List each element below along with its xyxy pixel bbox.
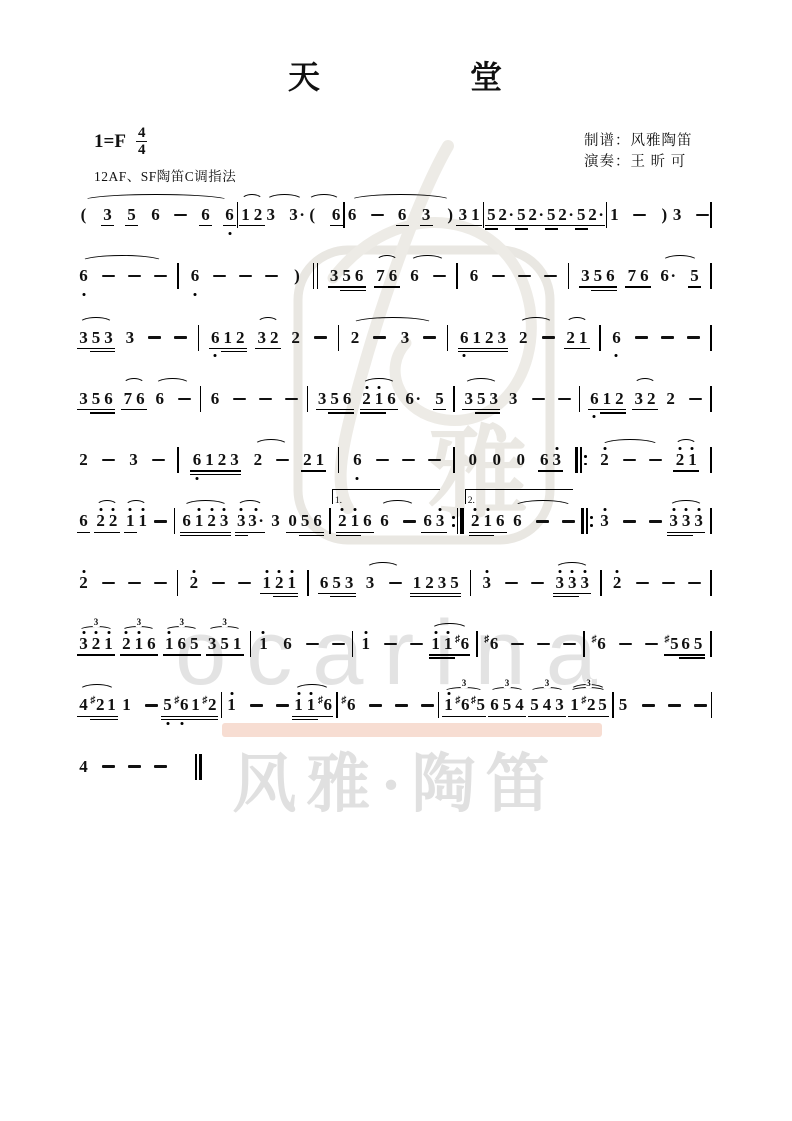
time-signature: 4 4 bbox=[136, 126, 148, 158]
underline bbox=[125, 225, 138, 226]
underline bbox=[77, 348, 90, 349]
note: 6 bbox=[422, 505, 433, 542]
note-group: 3 bbox=[124, 322, 187, 359]
note: 6 bbox=[200, 199, 211, 236]
underline bbox=[613, 409, 626, 410]
underline bbox=[488, 716, 501, 717]
note bbox=[265, 260, 278, 297]
underline bbox=[553, 596, 566, 597]
score-line: 221216533123533332 bbox=[78, 554, 712, 615]
underline bbox=[255, 348, 268, 349]
note-digit: 6 bbox=[490, 635, 499, 653]
underline bbox=[203, 470, 216, 471]
note: 2 bbox=[206, 505, 217, 542]
note: 1 bbox=[601, 383, 612, 420]
duration-dash bbox=[410, 643, 423, 645]
octave-dot-below bbox=[615, 354, 618, 357]
note bbox=[148, 322, 161, 359]
note: ♯6 bbox=[484, 628, 498, 665]
note-group: 1 bbox=[121, 689, 158, 726]
barline bbox=[583, 631, 585, 657]
underline bbox=[429, 657, 442, 658]
note bbox=[154, 260, 167, 297]
underline bbox=[202, 716, 218, 717]
note: 1 bbox=[569, 689, 580, 726]
note: 3 bbox=[599, 505, 610, 542]
note-group: 76 bbox=[122, 383, 146, 420]
note-digit: 3 bbox=[580, 574, 589, 592]
note bbox=[376, 444, 389, 481]
note-digit: 6 bbox=[155, 390, 164, 408]
note: 2 bbox=[216, 444, 227, 481]
note-digit: 6 bbox=[496, 512, 505, 530]
octave-dot-above bbox=[210, 508, 213, 511]
underline bbox=[442, 657, 455, 658]
note bbox=[649, 505, 662, 542]
underline bbox=[163, 654, 176, 655]
note-digit: 3 bbox=[600, 512, 609, 530]
octave-dot-above bbox=[141, 508, 144, 511]
underline bbox=[145, 654, 158, 655]
barline bbox=[438, 692, 440, 718]
note: 6 bbox=[181, 505, 192, 542]
note-digit: 3 bbox=[271, 512, 280, 530]
note-digit: 6 bbox=[182, 512, 191, 530]
note-digit: 0 bbox=[493, 451, 502, 469]
underline bbox=[591, 290, 604, 291]
note-digit: 5 bbox=[577, 206, 586, 224]
note-digit: 2 bbox=[208, 696, 217, 714]
underline bbox=[175, 654, 188, 655]
score-line: 4♯2115♯61♯2111♯6♯631♯6♯53654354331♯255 bbox=[78, 676, 712, 737]
note: 1 bbox=[194, 505, 205, 542]
duration-dash bbox=[694, 704, 707, 706]
underline bbox=[545, 228, 558, 229]
note bbox=[619, 628, 632, 665]
note-group: 121 bbox=[261, 567, 297, 604]
underline bbox=[102, 409, 115, 410]
octave-dot-above bbox=[691, 447, 694, 450]
octave-dot-above bbox=[555, 447, 558, 450]
note bbox=[649, 444, 662, 481]
underline bbox=[193, 532, 206, 533]
duration-dash bbox=[314, 336, 327, 338]
note: 3 bbox=[399, 322, 410, 359]
underline bbox=[102, 348, 115, 349]
note: 5 bbox=[162, 689, 173, 726]
duration-dash bbox=[636, 582, 649, 584]
note-digit: 5 bbox=[163, 696, 172, 714]
underline bbox=[462, 409, 475, 410]
note-digit: 6 bbox=[470, 267, 479, 285]
note: 1 bbox=[443, 628, 454, 665]
barline bbox=[456, 263, 458, 289]
note-digit: 1 bbox=[294, 696, 303, 714]
note: ( bbox=[307, 199, 318, 236]
underline bbox=[343, 596, 356, 597]
underline bbox=[132, 654, 145, 655]
note-group: 3543 bbox=[529, 689, 565, 726]
underline bbox=[495, 348, 508, 349]
note bbox=[511, 628, 524, 665]
underline bbox=[313, 470, 326, 471]
repeat-dots bbox=[584, 453, 587, 468]
note-group: (6 bbox=[307, 199, 342, 236]
barline bbox=[177, 263, 179, 289]
octave-dot-above bbox=[223, 508, 226, 511]
note-digit: 6 bbox=[363, 512, 372, 530]
duration-dash bbox=[661, 336, 674, 338]
underline bbox=[604, 286, 617, 287]
note: 6 bbox=[224, 199, 235, 236]
underline bbox=[679, 654, 692, 655]
note-group: 2.216 bbox=[470, 505, 506, 542]
sharp-sign: ♯ bbox=[91, 692, 96, 710]
note-digit: 5 bbox=[547, 206, 556, 224]
note bbox=[128, 260, 141, 297]
note-group: 612 bbox=[210, 322, 246, 359]
underline bbox=[475, 409, 488, 410]
note-digit: 3 bbox=[289, 206, 298, 224]
note-group: 63 bbox=[422, 505, 446, 542]
note: 1 bbox=[125, 505, 136, 542]
octave-dot-above bbox=[447, 631, 450, 634]
underline bbox=[234, 351, 247, 352]
duration-dash bbox=[402, 459, 415, 461]
note: 5 bbox=[689, 260, 700, 297]
duration-dash bbox=[544, 275, 557, 277]
note bbox=[102, 567, 115, 604]
note-digit: 4 bbox=[79, 696, 88, 714]
duration-dash bbox=[128, 582, 141, 584]
note: 6 bbox=[347, 199, 358, 236]
note: 3 bbox=[344, 567, 355, 604]
note-group: 3216 bbox=[121, 628, 157, 665]
underline bbox=[247, 532, 265, 533]
duration-dash bbox=[102, 765, 115, 767]
note-digit: 6 bbox=[211, 329, 220, 347]
duration-dash bbox=[645, 643, 658, 645]
note-digit: 2 bbox=[92, 635, 101, 653]
note-group: 4 bbox=[78, 751, 167, 788]
key-signature-block: 1=F 4 4 12AF、SF陶笛C调指法 bbox=[94, 126, 236, 185]
score-line: 66)3567666356766·5 bbox=[78, 247, 712, 308]
note-group: 22 bbox=[95, 505, 119, 542]
note-digit: 2 bbox=[96, 696, 105, 714]
note: 3 bbox=[496, 322, 507, 359]
underline bbox=[328, 409, 341, 410]
note-digit: 6 bbox=[681, 635, 690, 653]
note-digit: 1 bbox=[233, 635, 242, 653]
note: 2 bbox=[565, 322, 576, 359]
underline bbox=[316, 409, 329, 410]
note-group: 31♯6♯5 bbox=[443, 689, 485, 726]
note: 3· bbox=[289, 199, 305, 236]
note-digit: 6 bbox=[324, 696, 333, 714]
note: 5 bbox=[618, 689, 629, 726]
underline bbox=[435, 596, 448, 597]
underline bbox=[235, 532, 248, 533]
note-group: 6) bbox=[189, 260, 302, 297]
triplet-number: 3 bbox=[544, 679, 551, 688]
underline bbox=[202, 719, 218, 720]
underline bbox=[330, 225, 343, 226]
underline bbox=[538, 470, 551, 471]
note: 4 bbox=[514, 689, 525, 726]
underline bbox=[688, 286, 701, 287]
note bbox=[276, 689, 289, 726]
note: 6 bbox=[189, 260, 200, 297]
note bbox=[542, 322, 555, 359]
slur-arc bbox=[352, 317, 433, 330]
note bbox=[128, 567, 141, 604]
note-digit: 2 bbox=[471, 512, 480, 530]
underline bbox=[692, 657, 705, 658]
octave-dot-above bbox=[107, 631, 110, 634]
duration-dash bbox=[102, 275, 115, 277]
note bbox=[233, 383, 246, 420]
note: 3 bbox=[219, 505, 230, 542]
note-digit: 2 bbox=[425, 574, 434, 592]
note: 6 bbox=[154, 383, 165, 420]
octave-dot-above bbox=[378, 386, 381, 389]
note: 6 bbox=[209, 383, 220, 420]
note-group: 21 bbox=[302, 444, 326, 481]
underline bbox=[475, 412, 488, 413]
note bbox=[285, 383, 298, 420]
underline bbox=[423, 596, 436, 597]
note-digit: 2 bbox=[566, 329, 575, 347]
note: 5 bbox=[576, 199, 587, 236]
note bbox=[250, 689, 263, 726]
underline bbox=[374, 286, 387, 287]
duration-dash bbox=[649, 520, 662, 522]
duration-dash bbox=[265, 275, 278, 277]
duration-dash bbox=[332, 643, 345, 645]
underline bbox=[285, 596, 298, 597]
note bbox=[102, 751, 115, 788]
underline bbox=[591, 286, 604, 287]
barline bbox=[483, 202, 485, 228]
octave-dot-below bbox=[180, 722, 183, 725]
note-digit: 2 bbox=[558, 206, 567, 224]
note-digit: 5 bbox=[503, 696, 512, 714]
note-group: 33· bbox=[236, 505, 264, 542]
duration-dash bbox=[688, 582, 701, 584]
note: 3 bbox=[78, 322, 89, 359]
note-digit: 5 bbox=[92, 390, 101, 408]
note: 2 bbox=[646, 383, 657, 420]
note-group: 32 bbox=[633, 383, 657, 420]
note: 6 bbox=[135, 383, 146, 420]
note bbox=[544, 260, 557, 297]
underline bbox=[174, 719, 190, 720]
barline bbox=[710, 202, 712, 228]
note: 2 bbox=[470, 505, 481, 542]
underline bbox=[102, 412, 115, 413]
note: 1 bbox=[222, 322, 233, 359]
note: 3 bbox=[365, 567, 376, 604]
note bbox=[276, 444, 289, 481]
note-digit: 5 bbox=[517, 206, 526, 224]
duration-dash bbox=[306, 643, 319, 645]
duration-dash bbox=[562, 520, 575, 522]
note-digit: 1 bbox=[484, 512, 493, 530]
note: 5 bbox=[434, 383, 445, 420]
underline bbox=[455, 716, 471, 717]
note-digit: ) bbox=[294, 267, 300, 285]
note-digit: 2 bbox=[528, 206, 537, 224]
note-group: 353 bbox=[463, 383, 499, 420]
note-digit: 1 bbox=[263, 574, 272, 592]
octave-dot-above bbox=[474, 508, 477, 511]
note-digit: 3 bbox=[401, 329, 410, 347]
note-digit: 0 bbox=[469, 451, 478, 469]
duration-dash bbox=[239, 275, 252, 277]
note: 5 bbox=[189, 628, 200, 665]
note-digit: 2 bbox=[236, 329, 245, 347]
note-group: 6123 bbox=[191, 444, 240, 481]
triplet-number: 3 bbox=[136, 618, 143, 627]
note-digit: 1 bbox=[135, 635, 144, 653]
note-digit: 1 bbox=[444, 635, 453, 653]
note-group: 1.216 bbox=[337, 505, 373, 542]
note-group: 6 bbox=[611, 322, 700, 359]
underline bbox=[410, 596, 423, 597]
note: 2 bbox=[614, 383, 625, 420]
note-digit: 2 bbox=[79, 574, 88, 592]
barline bbox=[221, 692, 223, 718]
underline bbox=[515, 228, 528, 229]
duration-dash bbox=[395, 704, 408, 706]
underline bbox=[458, 351, 471, 352]
note-group: 6 bbox=[468, 260, 557, 297]
note-digit: 6 bbox=[320, 574, 329, 592]
underline bbox=[299, 535, 312, 536]
note-digit: 2 bbox=[79, 451, 88, 469]
underline bbox=[600, 409, 613, 410]
duration-dash bbox=[102, 459, 115, 461]
underline bbox=[673, 470, 686, 471]
note-group: 2 bbox=[188, 567, 251, 604]
note-digit: 1 bbox=[603, 390, 612, 408]
note: 5 bbox=[597, 689, 608, 726]
underline bbox=[311, 532, 324, 533]
duration-dash bbox=[558, 398, 571, 400]
underline bbox=[234, 348, 247, 349]
note: 6 bbox=[680, 628, 691, 665]
duration-dash bbox=[511, 643, 524, 645]
octave-dot-above bbox=[265, 570, 268, 573]
note: 4 bbox=[78, 751, 89, 788]
duration-dash bbox=[531, 582, 544, 584]
note-digit: 2 bbox=[275, 574, 284, 592]
note-digit: 3 bbox=[104, 329, 113, 347]
note: 2· bbox=[498, 199, 514, 236]
note-digit: 6 bbox=[597, 635, 606, 653]
note: 1 bbox=[232, 628, 243, 665]
note bbox=[174, 322, 187, 359]
underline bbox=[121, 409, 134, 410]
underline bbox=[231, 654, 244, 655]
note-group: 1 bbox=[360, 628, 423, 665]
underline bbox=[553, 716, 566, 717]
note: 1 bbox=[360, 628, 371, 665]
note: 1 bbox=[443, 689, 454, 726]
underline bbox=[205, 535, 218, 536]
octave-dot-above bbox=[125, 631, 128, 634]
note-digit: 2 bbox=[587, 696, 596, 714]
underline bbox=[434, 532, 447, 533]
note-digit: 6 bbox=[460, 329, 469, 347]
note: 5 bbox=[476, 383, 487, 420]
note: 1 bbox=[314, 444, 325, 481]
note-digit: 3 bbox=[103, 206, 112, 224]
underline bbox=[429, 654, 442, 655]
note: 2 bbox=[91, 628, 102, 665]
note-digit: 6 bbox=[225, 206, 234, 224]
note-digit: 1 bbox=[473, 329, 482, 347]
song-title: 天 堂 bbox=[0, 52, 792, 98]
underline bbox=[90, 409, 103, 410]
underline bbox=[206, 654, 219, 655]
note-digit: 1 bbox=[431, 635, 440, 653]
note-digit: 6 bbox=[193, 451, 202, 469]
note bbox=[662, 567, 675, 604]
note-digit: 3 bbox=[673, 206, 682, 224]
note-digit: 5 bbox=[487, 206, 496, 224]
note bbox=[259, 383, 272, 420]
note: 5 bbox=[91, 383, 102, 420]
note-digit: 5 bbox=[450, 574, 459, 592]
barline bbox=[599, 325, 601, 351]
note-group: 353 bbox=[78, 322, 114, 359]
note: 6 bbox=[191, 444, 202, 481]
underline bbox=[469, 535, 482, 536]
note-digit: 1 bbox=[307, 696, 316, 714]
note-digit: 6 bbox=[283, 635, 292, 653]
duration-dash bbox=[212, 582, 225, 584]
note bbox=[696, 199, 709, 236]
note-group: 3 bbox=[270, 505, 281, 542]
note-digit: 6 bbox=[353, 451, 362, 469]
note-digit: 3 bbox=[129, 451, 138, 469]
underline bbox=[102, 351, 115, 352]
duration-dash bbox=[250, 704, 263, 706]
note-group: 3165 bbox=[164, 628, 200, 665]
note-digit: 6 bbox=[387, 390, 396, 408]
underline bbox=[188, 654, 201, 655]
note: 5 bbox=[516, 199, 527, 236]
note-digit: 1 bbox=[165, 635, 174, 653]
duration-dash bbox=[537, 643, 550, 645]
note-group: 52· bbox=[546, 199, 574, 236]
underline bbox=[221, 351, 234, 352]
note-group: ♯6 bbox=[342, 689, 434, 726]
note-group: 2 bbox=[599, 444, 662, 481]
note-group: 6 bbox=[154, 383, 191, 420]
underline bbox=[421, 532, 434, 533]
note: 3 bbox=[256, 322, 267, 359]
note-digit: 2 bbox=[615, 390, 624, 408]
note: 3 bbox=[567, 567, 578, 604]
note-digit: 2 bbox=[122, 635, 131, 653]
note bbox=[537, 628, 550, 665]
note-digit: 2 bbox=[338, 512, 347, 530]
note: 3 bbox=[672, 199, 683, 236]
underline bbox=[228, 470, 241, 471]
note: 6 bbox=[103, 383, 114, 420]
